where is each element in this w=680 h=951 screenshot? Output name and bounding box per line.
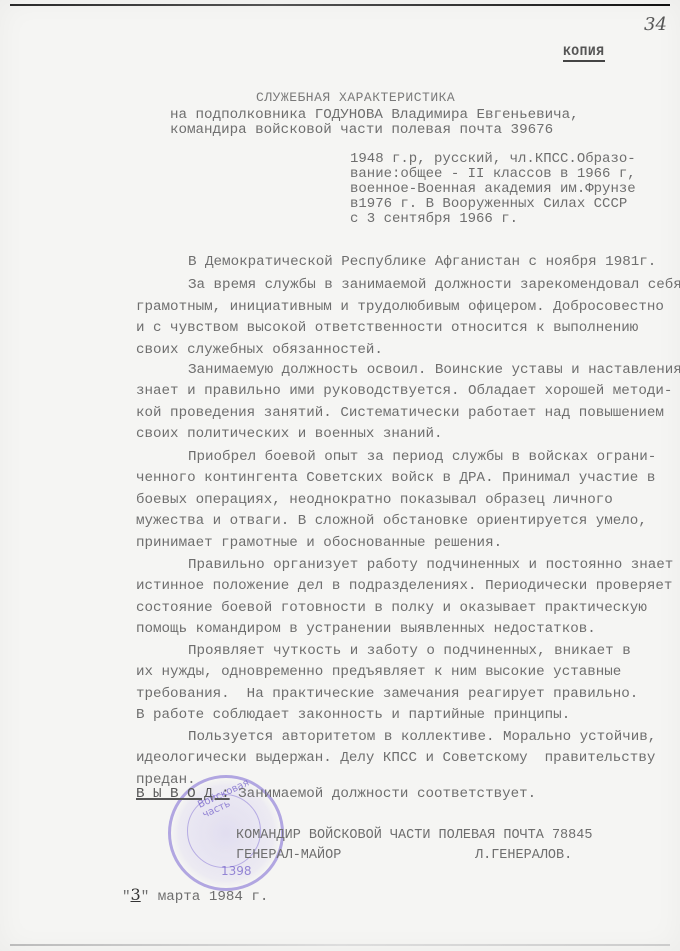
stamp-text-bottom: 1398	[221, 864, 252, 878]
body-line: своих политических и военных знаний.	[136, 426, 443, 442]
handwritten-page-number: 34	[644, 14, 667, 35]
body-line: знает и правильно ими руководствуется. О…	[136, 383, 672, 399]
bio-line: вание:общее - II классов в 1966 г,	[350, 166, 636, 182]
subtitle-line: командира войсковой части полевая почта …	[170, 122, 553, 138]
body-line: и с чувством высокой ответственности отн…	[136, 320, 638, 336]
bio-line: 1948 г.р, русский, чл.КПСС.Образо-	[350, 151, 636, 167]
body-line: боевых операциях, неоднократно показывал…	[136, 492, 613, 508]
body-line: принимает грамотные и обоснованные решен…	[136, 535, 502, 551]
body-line: своих служебных обязанностей.	[136, 342, 383, 358]
copy-mark: КОПИЯ	[563, 44, 605, 62]
document-title: СЛУЖЕБНАЯ ХАРАКТЕРИСТИКА	[256, 90, 455, 106]
body-line: За время службы в занимаемой должности з…	[188, 277, 680, 293]
body-line: идеологически выдержан. Делу КПСС и Сове…	[136, 750, 655, 766]
body-line: Правильно организует работу подчиненных …	[188, 557, 673, 573]
body-line: Пользуется авторитетом в коллективе. Мор…	[188, 729, 656, 745]
signature-title: КОМАНДИР ВОЙСКОВОЙ ЧАСТИ ПОЛЕВАЯ ПОЧТА 7…	[236, 828, 592, 844]
body-line: помощь командиром в устранении выявленны…	[136, 621, 596, 637]
subtitle-line: на подполковника ГОДУНОВА Владимира Евге…	[170, 107, 579, 123]
body-line: ченного контингента Советских войск в ДР…	[136, 470, 655, 486]
date-rest: марта 1984 г.	[149, 889, 268, 905]
signature-name: Л.ГЕНЕРАЛОВ.	[475, 848, 572, 864]
body-line: В работе соблюдает законность и партийны…	[136, 707, 570, 723]
date-day-handwritten: 3	[131, 885, 141, 904]
bio-line: в1976 г. В Вооруженных Силах СССР	[350, 196, 627, 212]
document-date: "3" марта 1984 г.	[122, 887, 268, 905]
bio-line: военное-Военная академия им.Фрунзе	[350, 181, 636, 197]
body-line: состояние боевой готовности в полку и ок…	[136, 600, 647, 616]
body-line: мужества и отваги. В сложной обстановке …	[136, 513, 647, 529]
body-line: Занимаемую должность освоил. Воинские ус…	[188, 362, 680, 378]
body-line: Приобрел боевой опыт за период службы в …	[188, 449, 656, 465]
body-line: требования. На практические замечания ре…	[136, 686, 638, 702]
bio-line: с 3 сентября 1966 г.	[350, 211, 518, 227]
date-close-quote: "	[141, 889, 150, 905]
conclusion-label: В Ы В О Д :	[136, 786, 230, 802]
conclusion-text: Занимаемой должности соответствует.	[230, 786, 537, 802]
body-line: Проявляет чуткость и заботу о подчиненны…	[188, 643, 631, 659]
body-line: грамотным, инициативным и трудолюбивым о…	[136, 299, 664, 315]
date-open-quote: "	[122, 889, 131, 905]
page-bottom-edge	[10, 944, 670, 946]
signature-rank: ГЕНЕРАЛ-МАЙОР	[236, 848, 341, 864]
page-top-edge	[10, 4, 670, 6]
body-line: их нужды, одновременно предъявляет к ним…	[136, 664, 621, 680]
conclusion-line: В Ы В О Д : Занимаемой должности соответ…	[136, 786, 536, 802]
body-line: кой проведения занятий. Систематически р…	[136, 405, 664, 421]
body-line: истинное положение дел в подразделениях.…	[136, 578, 672, 594]
body-line: В Демократической Республике Афганистан …	[188, 254, 656, 270]
document-page: 34 КОПИЯ СЛУЖЕБНАЯ ХАРАКТЕРИСТИКА на под…	[0, 0, 680, 951]
